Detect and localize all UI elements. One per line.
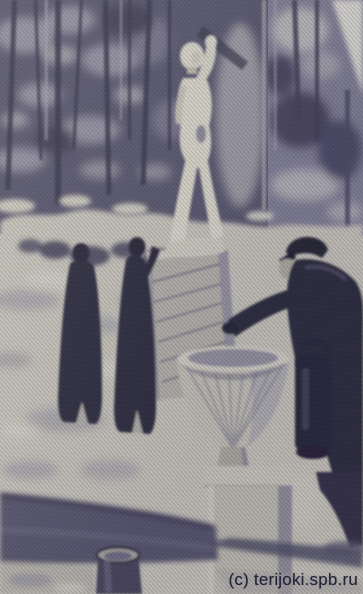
photo-scene <box>0 0 363 594</box>
bucket <box>96 548 142 594</box>
halftone-photo: (c) terijoki.spb.ru <box>0 0 363 594</box>
watermark-text: (c) terijoki.spb.ru <box>229 570 358 590</box>
screenshot-page: (c) terijoki.spb.ru <box>0 0 363 594</box>
lantern-bag <box>295 341 331 459</box>
